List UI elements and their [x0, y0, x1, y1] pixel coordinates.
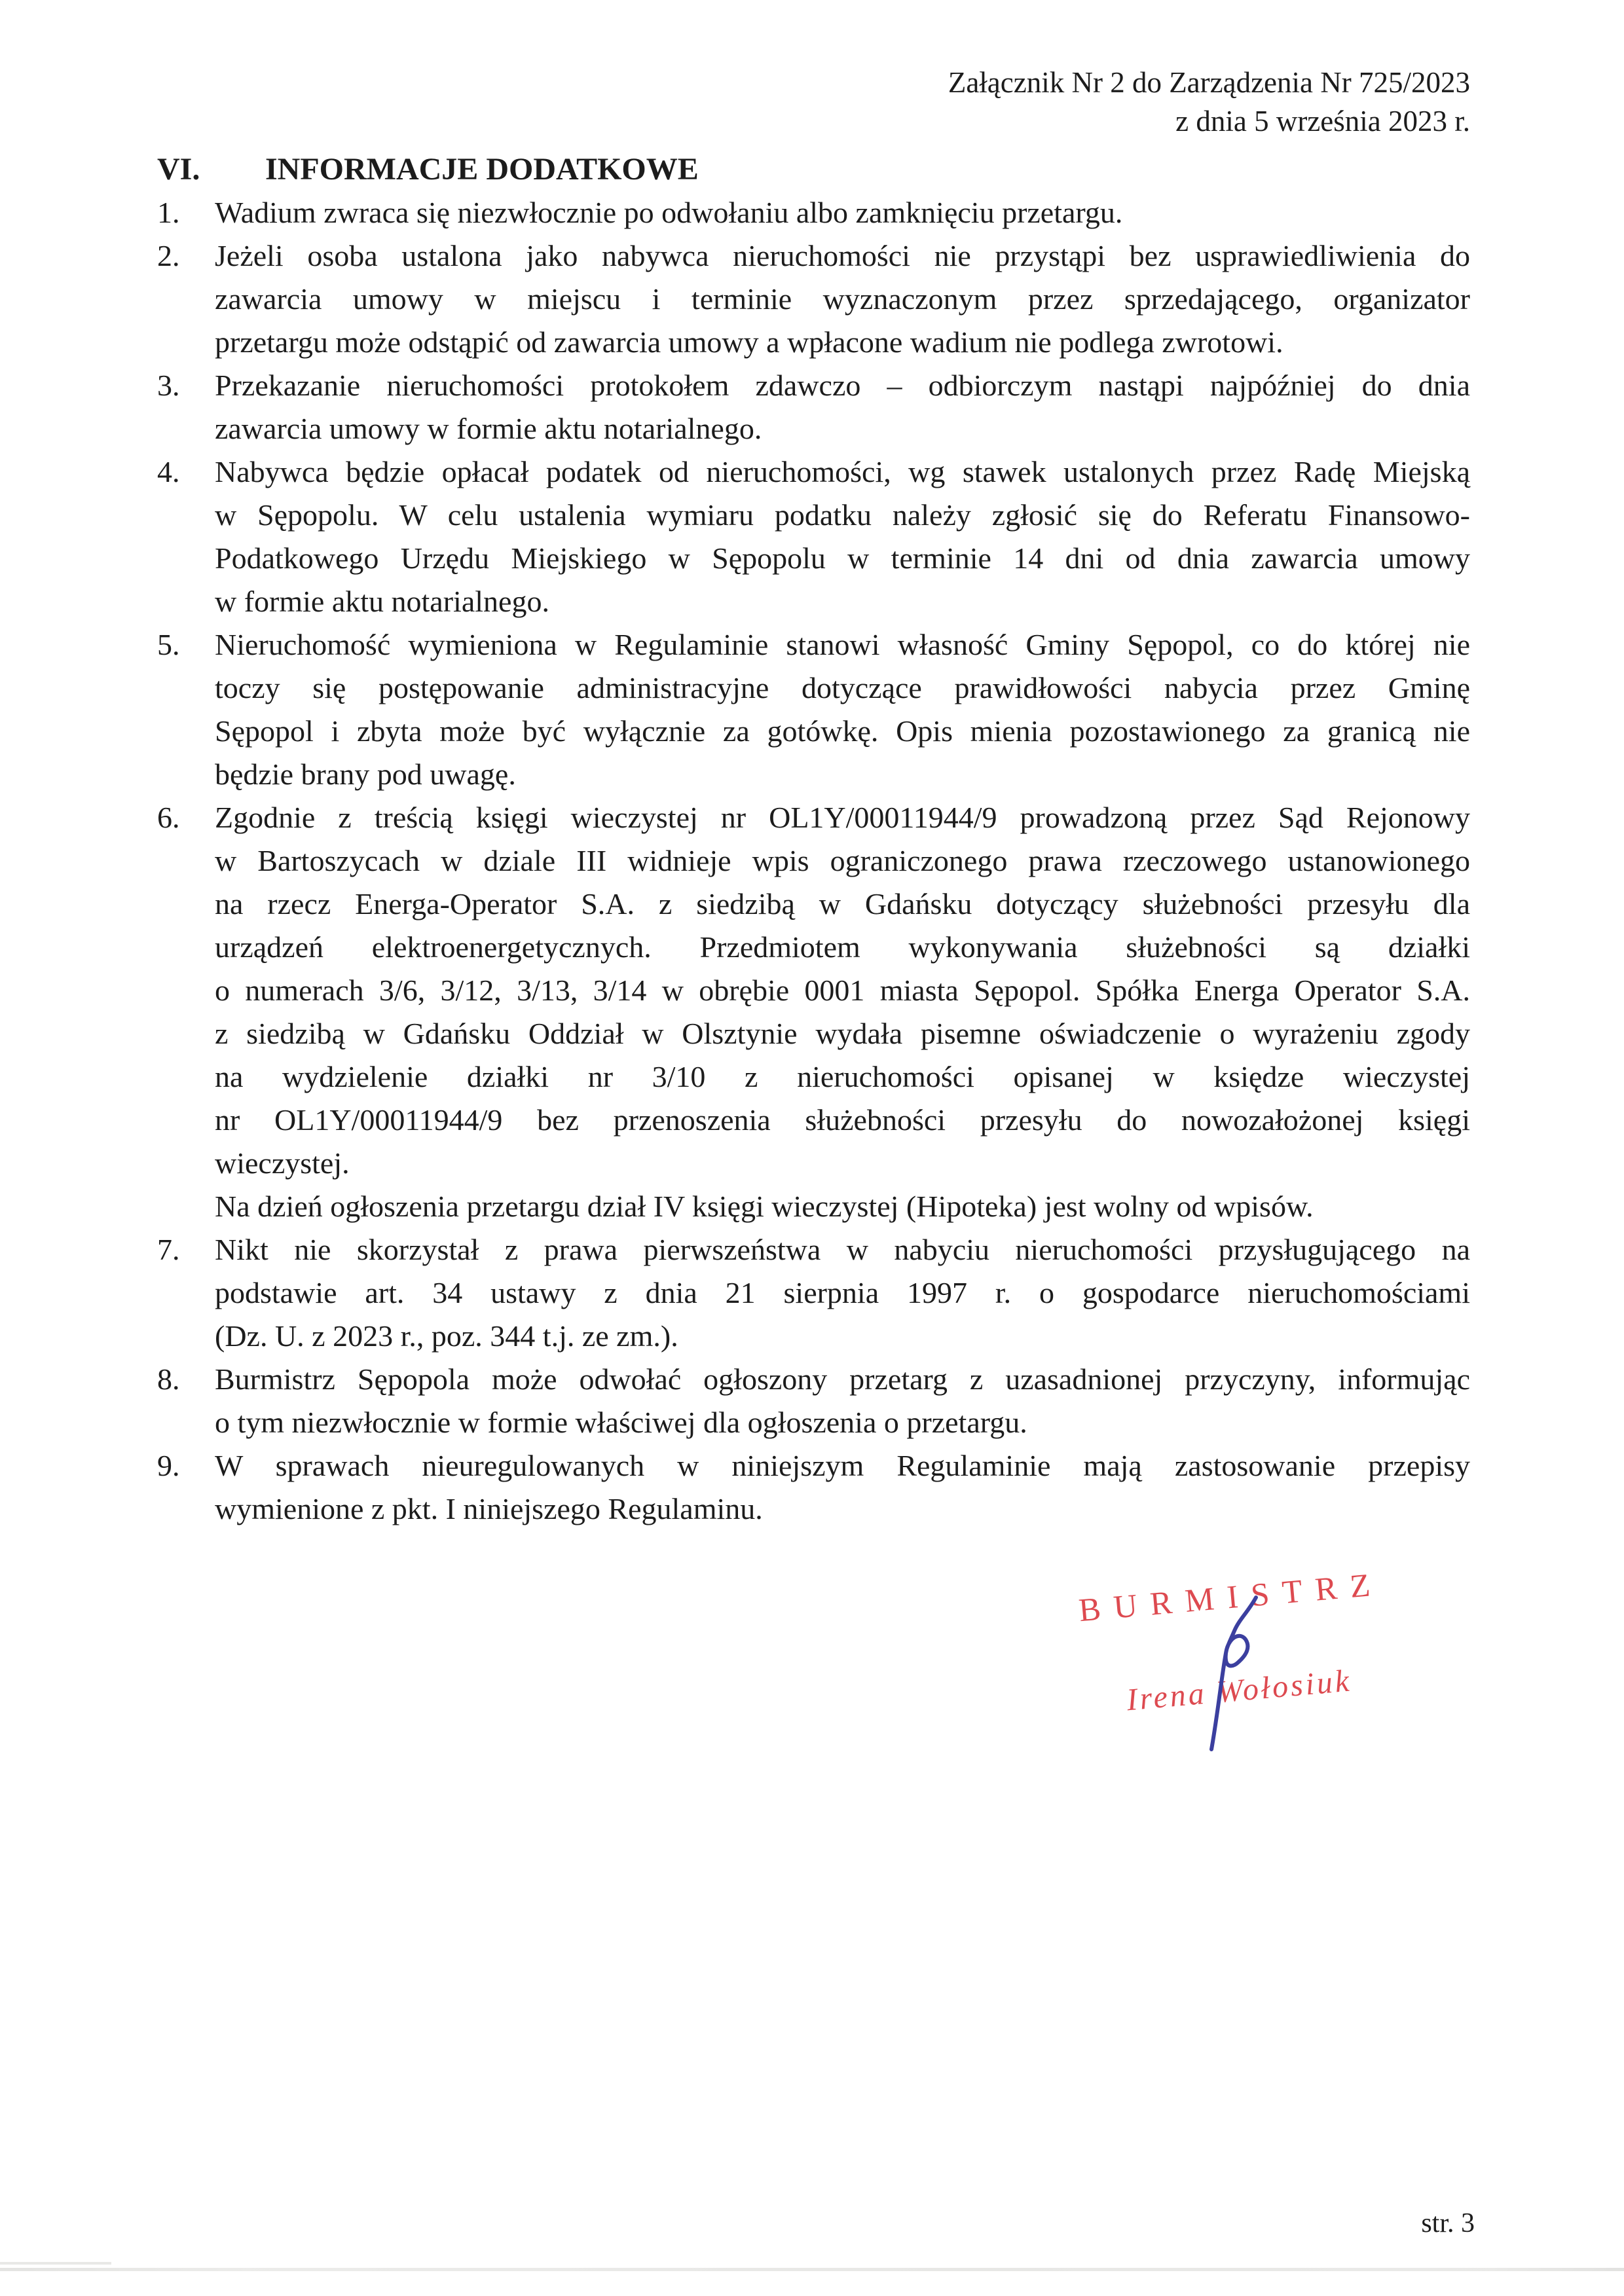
text-line: Sępopol i zbyta może być wyłącznie za go…: [215, 710, 1470, 753]
item-number: 9.: [157, 1444, 180, 1487]
list-item: 9.W sprawach nieuregulowanych w niniejsz…: [157, 1444, 1470, 1531]
additional-info-list: 1.Wadium zwraca się niezwłocznie po odwo…: [157, 191, 1470, 1531]
document-body: VI. INFORMACJE DODATKOWE 1.Wadium zwraca…: [157, 148, 1470, 1531]
list-item: 2.Jeżeli osoba ustalona jako nabywca nie…: [157, 234, 1470, 364]
list-item: 4.Nabywca będzie opłacał podatek od nier…: [157, 450, 1470, 623]
text-line: podstawie art. 34 ustawy z dnia 21 sierp…: [215, 1271, 1470, 1315]
text-line: Jeżeli osoba ustalona jako nabywca nieru…: [215, 234, 1470, 278]
item-number: 8.: [157, 1358, 180, 1401]
scan-artifact-line-short: [0, 2262, 111, 2265]
text-line: w Sępopolu. W celu ustalenia wymiaru pod…: [215, 494, 1470, 537]
text-line: Wadium zwraca się niezwłocznie po odwoła…: [215, 191, 1470, 234]
attachment-header-line1: Załącznik Nr 2 do Zarządzenia Nr 725/202…: [948, 64, 1470, 102]
text-line: Przekazanie nieruchomości protokołem zda…: [215, 364, 1470, 407]
item-number: 1.: [157, 191, 180, 234]
attachment-header: Załącznik Nr 2 do Zarządzenia Nr 725/202…: [948, 64, 1470, 141]
attachment-header-line2: z dnia 5 września 2023 r.: [948, 102, 1470, 141]
text-line: Burmistrz Sępopola może odwołać ogłoszon…: [215, 1358, 1470, 1401]
text-line: wymienione z pkt. I niniejszego Regulami…: [215, 1487, 1470, 1531]
list-item: 1.Wadium zwraca się niezwłocznie po odwo…: [157, 191, 1470, 234]
scan-artifact-line: [0, 2268, 1624, 2271]
text-line: zawarcia umowy w formie aktu notarialneg…: [215, 407, 1470, 450]
text-line: Podatkowego Urzędu Miejskiego w Sępopolu…: [215, 537, 1470, 580]
text-line: nr OL1Y/00011944/9 bez przenoszenia służ…: [215, 1099, 1470, 1142]
list-item: 8.Burmistrz Sępopola może odwołać ogłosz…: [157, 1358, 1470, 1444]
list-item: 6.Zgodnie z treścią księgi wieczystej nr…: [157, 796, 1470, 1228]
text-line: toczy się postępowanie administracyjne d…: [215, 666, 1470, 710]
document-page: Załącznik Nr 2 do Zarządzenia Nr 725/202…: [0, 0, 1624, 2296]
item-number: 7.: [157, 1228, 180, 1271]
text-line: Nieruchomość wymieniona w Regulaminie st…: [215, 623, 1470, 666]
text-line: o numerach 3/6, 3/12, 3/13, 3/14 w obręb…: [215, 969, 1470, 1012]
item-number: 2.: [157, 234, 180, 278]
text-line: o tym niezwłocznie w formie właściwej dl…: [215, 1401, 1470, 1444]
section-title-text: INFORMACJE DODATKOWE: [265, 148, 699, 191]
handwritten-signature: [1205, 1595, 1270, 1752]
item-number: 3.: [157, 364, 180, 407]
text-line: Nabywca będzie opłacał podatek od nieruc…: [215, 450, 1470, 494]
text-line: z siedzibą w Gdańsku Oddział w Olsztynie…: [215, 1012, 1470, 1055]
list-item: 3.Przekazanie nieruchomości protokołem z…: [157, 364, 1470, 450]
text-line: na wydzielenie działki nr 3/10 z nieruch…: [215, 1055, 1470, 1099]
list-item: 5.Nieruchomość wymieniona w Regulaminie …: [157, 623, 1470, 796]
section-number: VI.: [157, 148, 265, 191]
text-line: będzie brany pod uwagę.: [215, 753, 1470, 796]
text-line: urządzeń elektroenergetycznych. Przedmio…: [215, 926, 1470, 969]
text-line: Zgodnie z treścią księgi wieczystej nr O…: [215, 796, 1470, 839]
text-line: w Bartoszycach w dziale III widnieje wpi…: [215, 839, 1470, 883]
list-item: 7.Nikt nie skorzystał z prawa pierwszeńs…: [157, 1228, 1470, 1358]
item-number: 6.: [157, 796, 180, 839]
text-line: w formie aktu notarialnego.: [215, 580, 1470, 623]
text-line: zawarcia umowy w miejscu i terminie wyzn…: [215, 278, 1470, 321]
text-line: przetargu może odstąpić od zawarcia umow…: [215, 321, 1470, 364]
text-line: Nikt nie skorzystał z prawa pierwszeństw…: [215, 1228, 1470, 1271]
text-line: wieczystej.: [215, 1142, 1470, 1185]
text-line: Na dzień ogłoszenia przetargu dział IV k…: [215, 1185, 1470, 1228]
item-number: 5.: [157, 623, 180, 666]
page-number: str. 3: [1421, 2208, 1475, 2239]
section-title: VI. INFORMACJE DODATKOWE: [157, 148, 1470, 191]
text-line: (Dz. U. z 2023 r., poz. 344 t.j. ze zm.)…: [215, 1315, 1470, 1358]
text-line: na rzecz Energa-Operator S.A. z siedzibą…: [215, 883, 1470, 926]
text-line: W sprawach nieuregulowanych w niniejszym…: [215, 1444, 1470, 1487]
item-number: 4.: [157, 450, 180, 494]
signature-ink-stroke: [1211, 1597, 1256, 1749]
